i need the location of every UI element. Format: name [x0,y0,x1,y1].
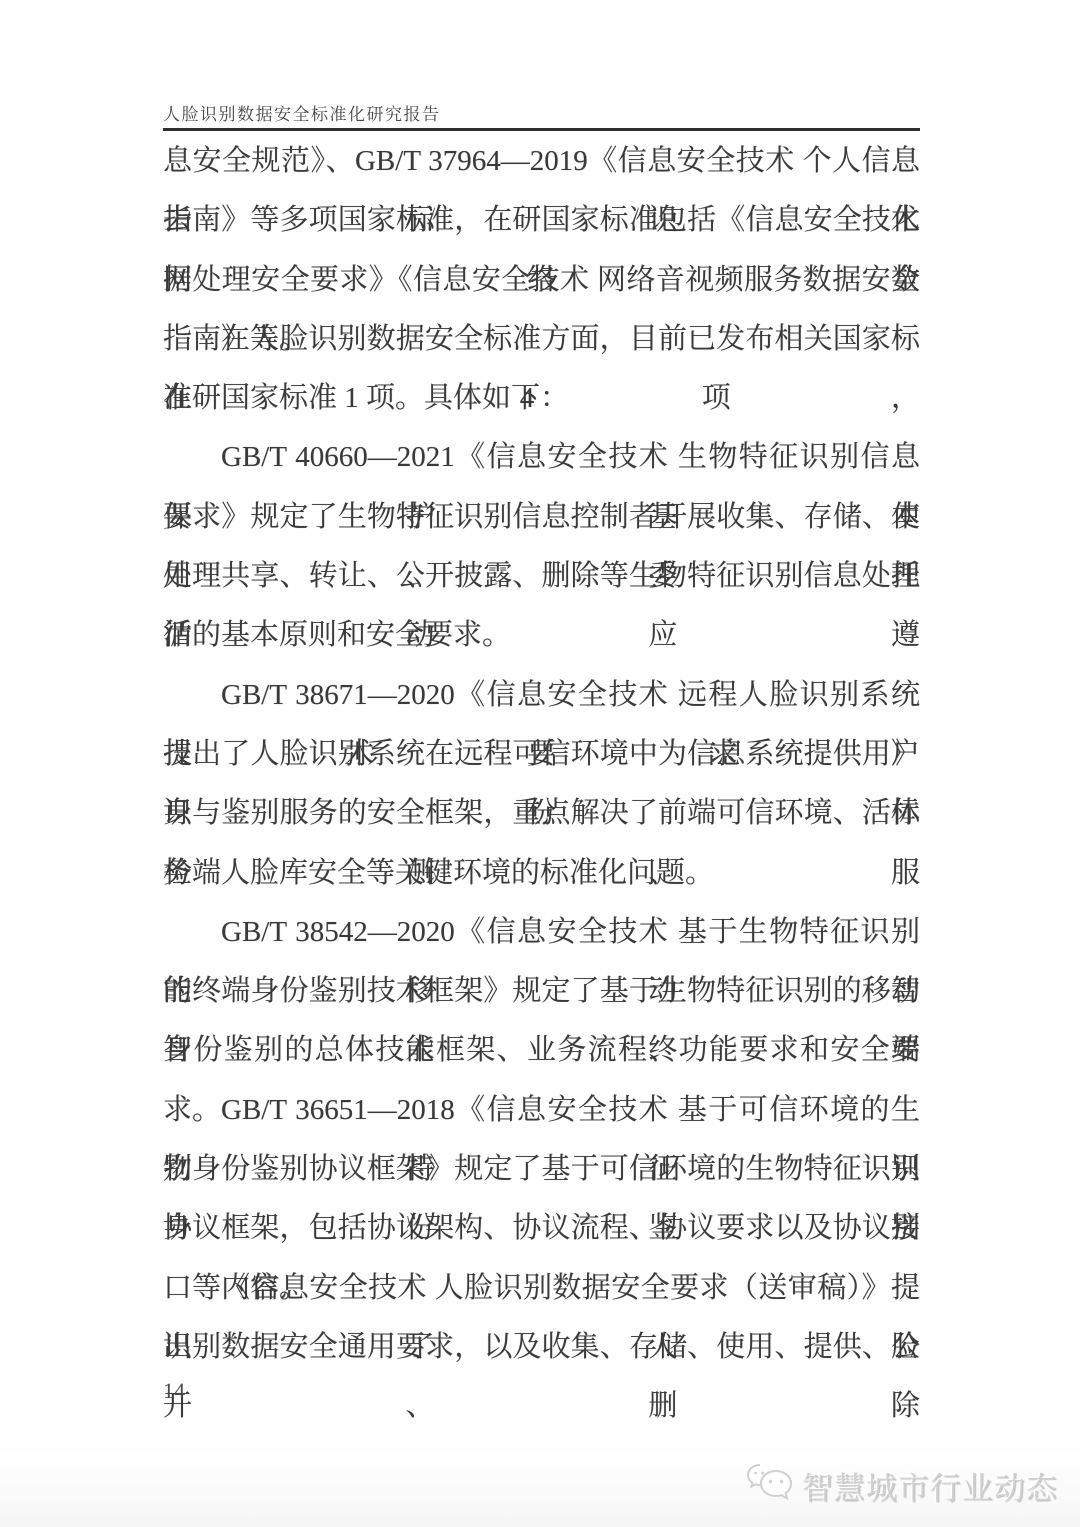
watermark: 智慧城市行业动态 [746,1462,1058,1509]
text-line: 识与鉴别服务的安全框架，重点解决了前端可信环境、活体检测、服 [163,784,920,843]
document-body: 息安全规范》、GB/T 37964—2019《信息安全技术 个人信息去标识化 指… [163,132,920,1377]
watermark-label: 智慧城市行业动态 [802,1463,1058,1508]
text-line: 识别数据安全通用要求，以及收集、存储、使用、提供、公开、删除 [163,1318,920,1377]
text-line: GB/T 38542—2020《信息安全技术 基于生物特征识别的移动智 [163,903,920,962]
header-rule [163,128,920,131]
running-header: 人脸识别数据安全标准化研究报告 [163,100,920,125]
text-line: 处理共享、转让、公开披露、删除等生物特征识别信息处理活动应遵 [163,547,920,606]
text-line: GB/T 38671—2020《信息安全技术 远程人脸识别系统技术要求》 [163,666,920,725]
page-number: 14 [163,1378,185,1404]
text-line: 身份鉴别的总体技术框架、业务流程、功能要求和安全要求。 [163,1021,920,1080]
text-line: 别身份鉴别协议框架》规定了基于可信环境的生物特征识别身份鉴别 [163,1140,920,1199]
text-line: 息安全规范》、GB/T 37964—2019《信息安全技术 个人信息去标识化 [163,132,920,191]
text-line: 指南》等多项国家标准，在研国家标准包括《信息安全技术 网络数 [163,191,920,250]
text-line: 据处理安全要求》《信息安全技术 网络音视频服务数据安全指南》等。 [163,251,920,310]
wechat-icon [746,1462,794,1509]
text-line: GB/T 40660—2021《信息安全技术 生物特征识别信息保护基本 [163,428,920,487]
text-line: 能终端身份鉴别技术框架》规定了基于生物特征识别的移动智能终端 [163,962,920,1021]
text-line: 协议框架，包括协议架构、协议流程、协议要求以及协议接口等内容。 [163,1199,920,1258]
document-page: 人脸识别数据安全标准化研究报告 息安全规范》、GB/T 37964—2019《信… [0,0,1080,1527]
text-line: 《信息安全技术 人脸识别数据安全要求（送审稿）》提出了人脸 [163,1259,920,1318]
text-line: 要求》规定了生物特征识别信息控制者开展收集、存储、使用、委托 [163,488,920,547]
text-line: 提出了人脸识别系统在远程可信环境中为信息系统提供用户身份标 [163,725,920,784]
text-line: 在人脸识别数据安全标准方面，目前已发布相关国家标准 4 项， [163,310,920,369]
text-line: GB/T 36651—2018《信息安全技术 基于可信环境的生物特征识 [163,1081,920,1140]
